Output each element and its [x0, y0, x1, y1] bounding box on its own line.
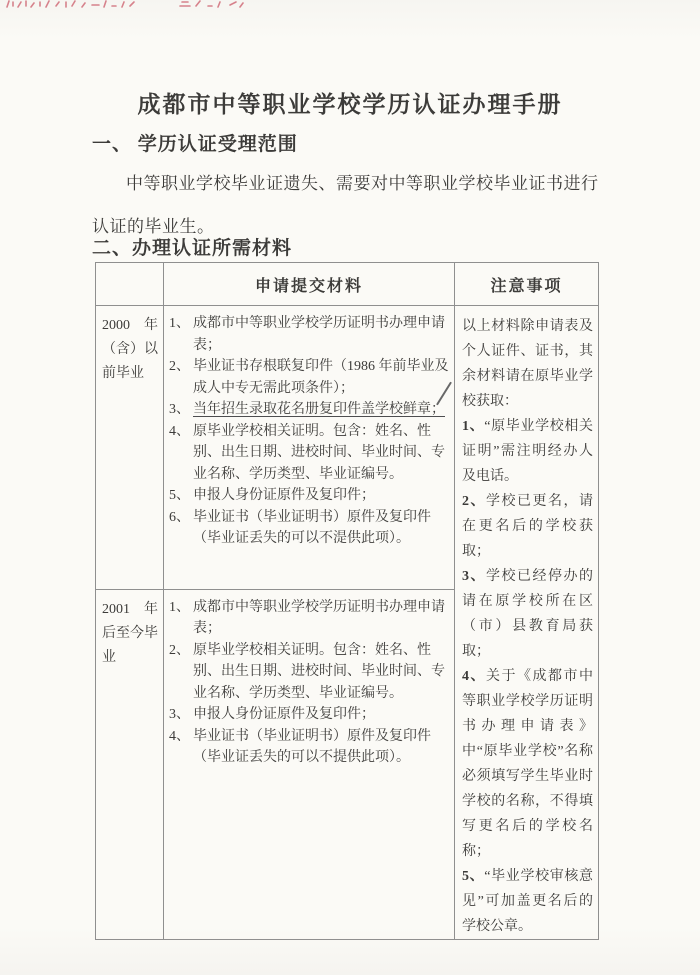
item-number: 1、 [169, 597, 193, 640]
material-item: 1、 成都市中等职业学校学历证明书办理申请表； [169, 597, 450, 640]
item-number: 4、 [169, 726, 193, 769]
note-number: 2、 [462, 494, 486, 509]
material-item: 2、 毕业证书存根联复印件（1986 年前毕业及成人中专无需此项条件）； [169, 356, 450, 399]
item-number: 3、 [169, 704, 193, 726]
material-item: 2、 原毕业学校相关证明。包含：姓名、性别、出生日期、进校时间、毕业时间、专业名… [169, 640, 450, 705]
note-number: 5、 [462, 869, 484, 884]
period-2001-cell: 2001 年后至今毕业 [96, 589, 164, 939]
item-number: 2、 [169, 356, 193, 399]
note-item: 3、学校已经停办的请在原学校所在区（市）县教育局获取； [462, 564, 593, 664]
note-item: 4、关于《成都市中等职业学校学历证明书办理申请表》中“原毕业学校”名称必须填写学… [462, 664, 593, 864]
item-number: 3、 [169, 399, 193, 421]
note-item: 2、学校已更名，请在更名后的学校获取； [462, 489, 593, 564]
table-row-2000: 2000 年（含）以前毕业 1、 成都市中等职业学校学历证明书办理申请表； 2、… [96, 306, 599, 590]
notes-intro: 以上材料除申请表及个人证件、证书，其余材料请在原毕业学校获取： [462, 314, 593, 414]
item-number: 4、 [169, 421, 193, 486]
scanned-document-page: 成都市中等职业学校学历认证办理手册 一、 学历认证受理范围 中等职业学校毕业证遗… [0, 0, 700, 975]
note-text: 关于《成都市中等职业学校学历证明书办理申请表》中“原毕业学校”名称必须填写学生毕… [462, 669, 593, 859]
material-item: 1、 成都市中等职业学校学历证明书办理申请表； [169, 313, 450, 356]
material-item: 4、 毕业证书（毕业证明书）原件及复印件（毕业证丢失的可以不提供此项）。 [169, 726, 450, 769]
material-item: 4、 原毕业学校相关证明。包含：姓名、性别、出生日期、进校时间、毕业时间、专业名… [169, 421, 450, 486]
material-item: 3、 当年招生录取花名册复印件盖学校鲜章； [169, 399, 450, 421]
header-period-blank [96, 263, 164, 306]
item-text: 申报人身份证原件及复印件； [193, 485, 450, 507]
material-item: 5、 申报人身份证原件及复印件； [169, 485, 450, 507]
note-item: 1、“原毕业学校相关证明”需注明经办人及电话。 [462, 414, 593, 489]
cutoff-red-text-artifact [4, 0, 304, 10]
item-text: 成都市中等职业学校学历证明书办理申请表； [193, 597, 450, 640]
header-notes: 注意事项 [455, 263, 599, 306]
materials-table: 申请提交材料 注意事项 2000 年（含）以前毕业 1、 成都市中等职业学校学历… [95, 262, 599, 940]
item-number: 6、 [169, 507, 193, 550]
item-number: 5、 [169, 485, 193, 507]
item-text: 毕业证书（毕业证明书）原件及复印件（毕业证丢失的可以不提供此项）。 [193, 726, 450, 769]
item-text-underlined: 当年招生录取花名册复印件盖学校鲜章； [193, 399, 450, 421]
item-number: 2、 [169, 640, 193, 705]
item-text: 毕业证书存根联复印件（1986 年前毕业及成人中专无需此项条件）； [193, 356, 450, 399]
notes-cell: 以上材料除申请表及个人证件、证书，其余材料请在原毕业学校获取： 1、“原毕业学校… [455, 306, 599, 940]
item-text: 毕业证书（毕业证明书）原件及复印件（毕业证丢失的可以不湜供此项）。 [193, 507, 450, 550]
section1-heading: 一、 学历认证受理范围 [92, 129, 298, 156]
note-number: 4、 [462, 669, 486, 684]
materials-2000-cell: 1、 成都市中等职业学校学历证明书办理申请表； 2、 毕业证书存根联复印件（19… [164, 306, 455, 590]
item-text: 原毕业学校相关证明。包含：姓名、性别、出生日期、进校时间、毕业时间、专业名称、学… [193, 421, 450, 486]
note-number: 3、 [462, 569, 486, 584]
header-materials: 申请提交材料 [164, 263, 455, 306]
item-text: 原毕业学校相关证明。包含：姓名、性别、出生日期、进校时间、毕业时间、专业名称、学… [193, 640, 450, 705]
item-text: 成都市中等职业学校学历证明书办理申请表； [193, 313, 450, 356]
materials-2001-cell: 1、 成都市中等职业学校学历证明书办理申请表； 2、 原毕业学校相关证明。包含：… [164, 589, 455, 939]
period-2000-cell: 2000 年（含）以前毕业 [96, 306, 164, 590]
document-title: 成都市中等职业学校学历认证办理手册 [0, 86, 700, 119]
item-number: 1、 [169, 313, 193, 356]
note-item: 5、“毕业学校审核意见”可加盖更名后的学校公章。 [462, 864, 593, 939]
section2-heading: 二、办理认证所需材料 [92, 233, 292, 260]
note-number: 1、 [462, 419, 484, 434]
item-text: 申报人身份证原件及复印件； [193, 704, 450, 726]
material-item: 3、 申报人身份证原件及复印件； [169, 704, 450, 726]
material-item: 6、 毕业证书（毕业证明书）原件及复印件（毕业证丢失的可以不湜供此项）。 [169, 507, 450, 550]
table-header-row: 申请提交材料 注意事项 [96, 263, 599, 306]
